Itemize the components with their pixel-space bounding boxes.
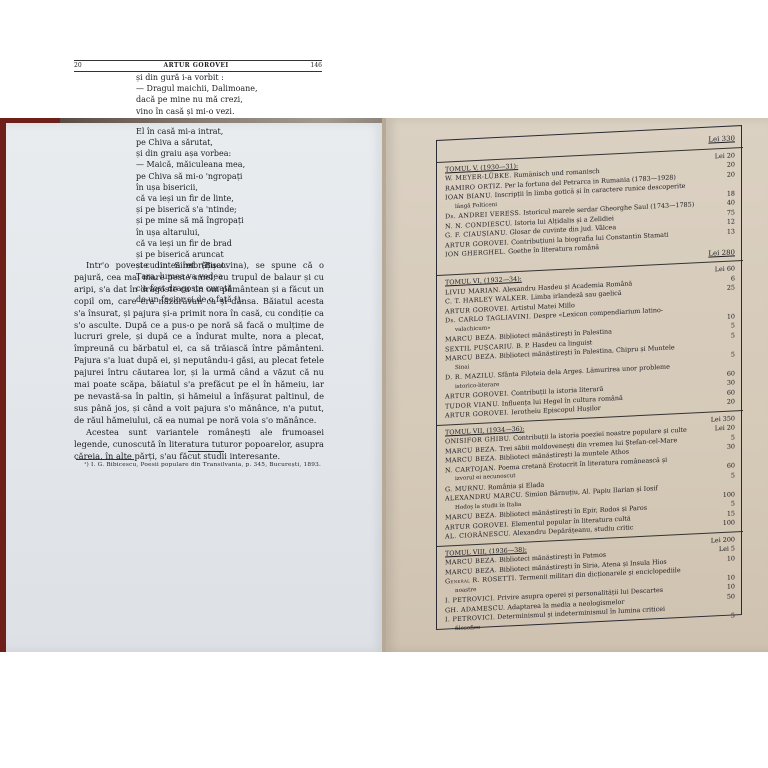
header-right-number: 146	[311, 62, 322, 69]
verse-line: că va ieși un fir de brad	[136, 238, 258, 249]
verse-line: — Maică, măiculeana mea,	[136, 159, 258, 170]
entry-author: ION GHERGHEL.	[445, 248, 506, 259]
verse-line: în ușa bisericii,	[136, 182, 258, 193]
catalog-list: Lei 330 TOMUL V, (1930—31):Lei 20W. MEYE…	[445, 132, 735, 634]
paragraph: Intr'o poveste din Siret (Bucovina), se …	[74, 260, 324, 427]
book-gutter	[382, 118, 386, 652]
verse-line: și pe biserică s'a 'ntinde;	[136, 204, 258, 215]
verse-line: pe Chiva a sărutat,	[136, 137, 258, 148]
verse-line: în ușa altarului,	[136, 227, 258, 238]
verse-line: și din graiu așa vorbea:	[136, 148, 258, 159]
entry-author: IOAN BIANU.	[445, 191, 493, 201]
prose-block: Intr'o poveste din Siret (Bucovina), se …	[74, 260, 324, 462]
entry-author: G. MURNU.	[445, 483, 486, 493]
entry-author: ARTUR GOROVEI.	[445, 408, 509, 419]
verse-line: și din gură i-a vorbit :	[136, 72, 258, 83]
section-separator	[188, 451, 224, 452]
verse-line: El în casă mi-a intrat,	[136, 126, 258, 137]
verse-line: și pe biserică aruncat	[136, 249, 258, 260]
paragraph: Acestea sunt variantele românești ale fr…	[74, 427, 324, 463]
verse-line: că va ieși un fir de linte,	[136, 193, 258, 204]
entry-price	[713, 246, 735, 247]
entry-price: 5	[713, 611, 735, 622]
entry-price: 100	[713, 518, 735, 529]
verse-line: vino în casă și mi-o vezi.	[136, 106, 258, 117]
entry-price: 25	[713, 283, 735, 294]
catalog-box: Lei 330 TOMUL V, (1930—31):Lei 20W. MEYE…	[436, 125, 742, 630]
verse-line: pe Chiva să mi-o 'ngropați	[136, 171, 258, 182]
verse-line: dacă pe mine nu mă crezi,	[136, 94, 258, 105]
entry-price: 20	[713, 397, 735, 408]
footnote-rule	[76, 459, 134, 460]
entry-price: 13	[713, 227, 735, 238]
verse-stanza: și din gură i-a vorbit :— Dragul maichii…	[136, 72, 258, 117]
page-number: 20	[74, 62, 82, 69]
verse-line: și pe mine să mă îngropați	[136, 215, 258, 226]
verse-line: — Dragul maichii, Dalimoane,	[136, 83, 258, 94]
running-head: 20 ARTUR GOROVEI 146	[74, 60, 322, 72]
footnote: ¹) I. G. Bibicescu, Poesii populare din …	[84, 462, 321, 468]
header-title: ARTUR GOROVEI	[163, 62, 228, 69]
